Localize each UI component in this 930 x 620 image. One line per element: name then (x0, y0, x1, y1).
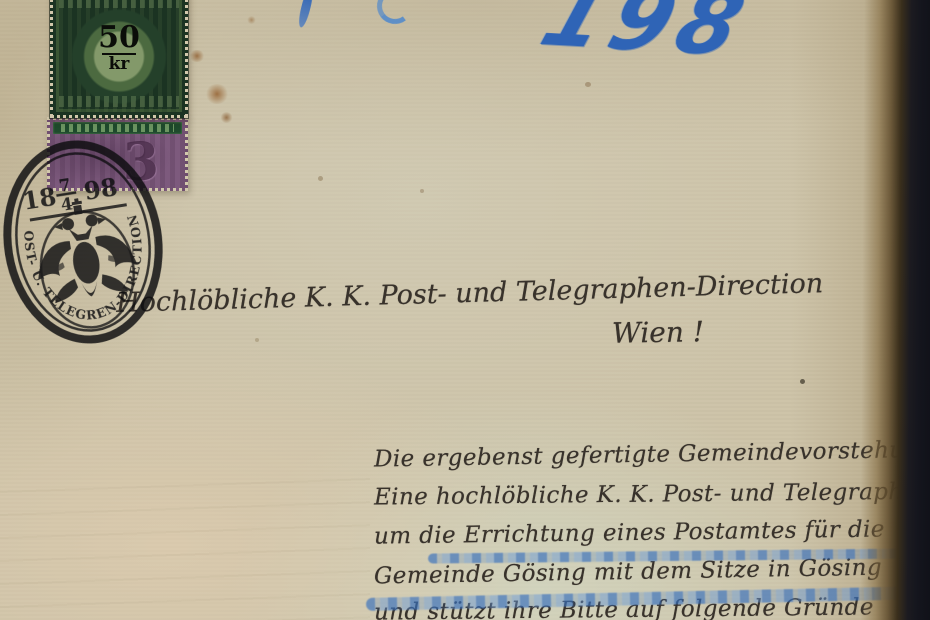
stamp-value-number: 50 (53, 23, 185, 53)
blue-pencil-stroke-fragment (375, 0, 416, 26)
blue-pencil-stroke-fragment (297, 0, 315, 29)
oval-postmark-stamp: 18 7 4 98 K.K. POST- U. TELEGREN-DIRECTI… (0, 127, 181, 356)
foxing-spot (247, 16, 256, 24)
paper-speck (585, 82, 591, 87)
faint-paper-ruling (0, 470, 370, 620)
blue-file-number: 198 (530, 0, 764, 75)
paper-speck (420, 189, 424, 193)
foxing-spot (220, 112, 233, 123)
letter-photograph: 3 50 kr 18 7 4 98 K.K. POST- U. TELE (0, 0, 930, 620)
stamp-value-unit: kr (102, 53, 137, 73)
page-edge-shadow (860, 0, 930, 620)
postmark-date-year: 98 (82, 172, 120, 206)
paper-speck (255, 338, 259, 342)
foxing-spot (205, 84, 229, 104)
body-text-line: Eine hochlöbliche K. K. Post- und Telegr… (374, 478, 930, 511)
foxing-spot (189, 50, 205, 62)
green-stamp-bottom-inscription (59, 96, 179, 107)
salutation-line: Hochlöbliche K. K. Post- und Telegraphen… (116, 268, 824, 319)
salutation-city-line: Wien ! (612, 315, 705, 350)
green-stamp-denomination: 50 kr (53, 23, 185, 73)
paper-speck (318, 176, 323, 181)
postmark-date-century: 18 (21, 182, 59, 216)
ink-speck (800, 379, 805, 384)
green-revenue-stamp: 50 kr (50, 0, 188, 118)
green-stamp-top-inscription (59, 0, 179, 8)
